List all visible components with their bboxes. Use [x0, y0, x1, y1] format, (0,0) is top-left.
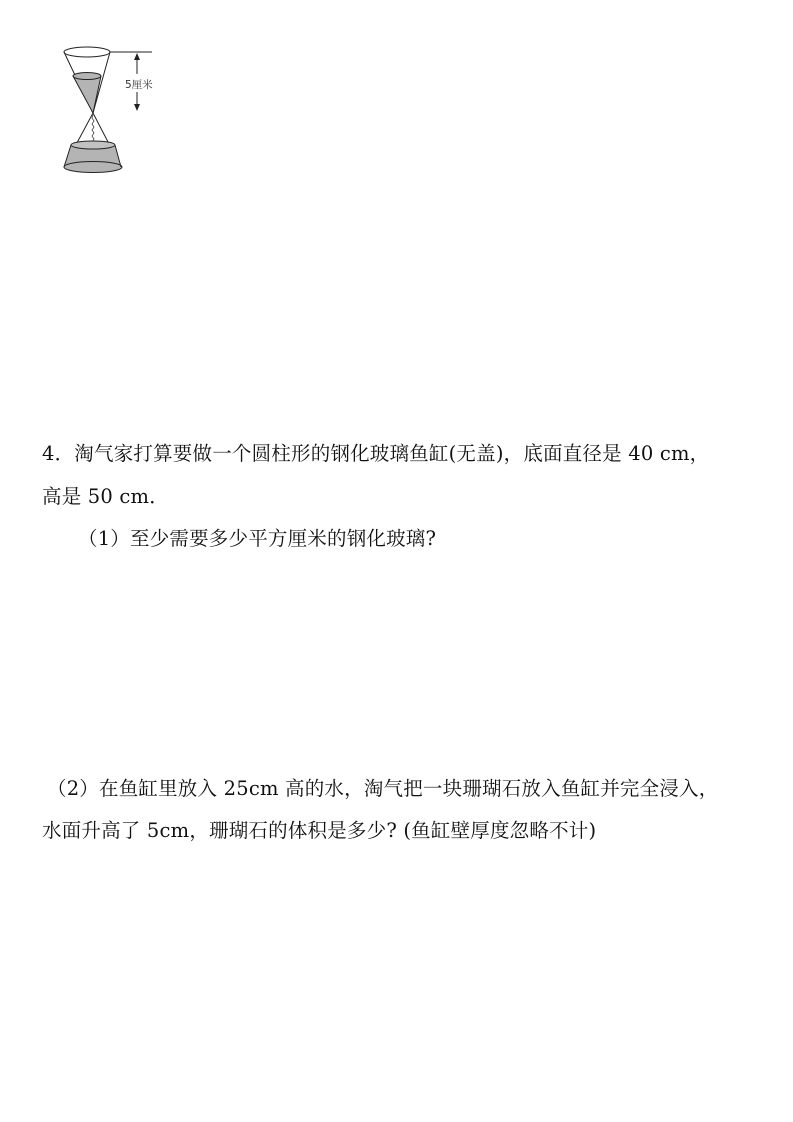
- question-4-line-2: 高是 50 cm．: [42, 484, 169, 510]
- upper-cone-top-ellipse: [64, 47, 110, 57]
- question-4-part-2-line-1: （2）在鱼缸里放入 25cm 高的水，淘气把一块珊瑚石放入鱼缸并完全浸入，: [47, 776, 718, 802]
- question-4-line-1: 4．淘气家打算要做一个圆柱形的钢化玻璃鱼缸(无盖)，底面直径是 40 cm，: [42, 441, 709, 467]
- question-4-part-1: （1）至少需要多少平方厘米的钢化玻璃?: [78, 526, 436, 552]
- height-label: 5厘米: [125, 78, 153, 91]
- question-4-part-2-line-2: 水面升高了 5cm，珊瑚石的体积是多少? (鱼缸壁厚度忽略不计): [42, 818, 596, 844]
- hourglass-figure: 5厘米: [55, 40, 165, 180]
